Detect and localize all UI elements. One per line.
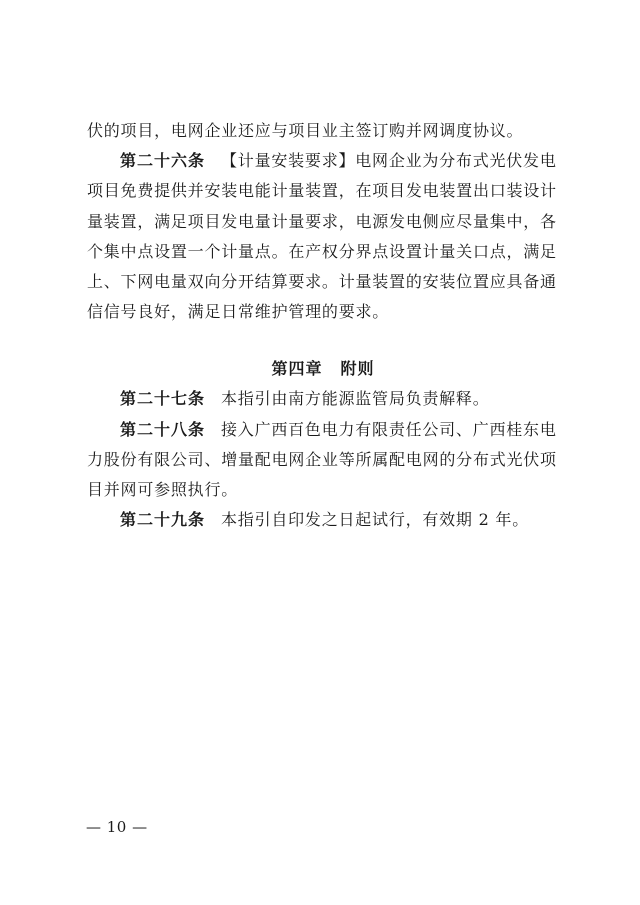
text-line: 个集中点设置一个计量点。在产权分界点设置计量关口点，满足 — [87, 237, 559, 267]
text-line: 项目免费提供并安装电能计量装置，在项目发电装置出口装设计 — [87, 176, 559, 206]
article-first-line: 第二十七条本指引由南方能源监管局负责解释。 — [87, 384, 559, 414]
text-line: 目并网可参照执行。 — [87, 475, 559, 505]
article-text: 本指引由南方能源监管局负责解释。 — [221, 389, 489, 408]
article-text: 本指引自印发之日起试行，有效期 2 年。 — [221, 510, 529, 529]
article-label: 第二十八条 — [120, 420, 205, 439]
text-line: 信信号良好，满足日常维护管理的要求。 — [87, 297, 559, 327]
text-line: 量装置，满足项目发电量计量要求，电源发电侧应尽量集中，各 — [87, 207, 559, 237]
chapter-title: 附则 — [341, 359, 375, 378]
chapter-number: 第四章 — [271, 359, 322, 378]
article-first-line: 第二十九条本指引自印发之日起试行，有效期 2 年。 — [87, 505, 559, 535]
article-28: 第二十八条接入广西百色电力有限责任公司、广西桂东电 力股份有限公司、增量配电网企… — [87, 415, 559, 506]
text-line: 伏的项目，电网企业还应与项目业主签订购并网调度协议。 — [87, 116, 559, 146]
article-label: 第二十六条 — [120, 151, 205, 170]
spacer — [87, 327, 559, 354]
article-label: 第二十七条 — [120, 389, 205, 408]
article-text: 【计量安装要求】电网企业为分布式光伏发电 — [221, 151, 557, 170]
article-label: 第二十九条 — [120, 510, 205, 529]
article-text: 接入广西百色电力有限责任公司、广西桂东电 — [221, 420, 557, 439]
chapter-heading: 第四章附则 — [87, 354, 559, 384]
article-27: 第二十七条本指引由南方能源监管局负责解释。 — [87, 384, 559, 414]
article-29: 第二十九条本指引自印发之日起试行，有效期 2 年。 — [87, 505, 559, 535]
article-first-line: 第二十八条接入广西百色电力有限责任公司、广西桂东电 — [87, 415, 559, 445]
document-page: 伏的项目，电网企业还应与项目业主签订购并网调度协议。 第二十六条【计量安装要求】… — [87, 116, 559, 535]
article-26: 第二十六条【计量安装要求】电网企业为分布式光伏发电 项目免费提供并安装电能计量装… — [87, 146, 559, 327]
page-number: — 10 — — [86, 818, 148, 836]
text-line: 力股份有限公司、增量配电网企业等所属配电网的分布式光伏项 — [87, 445, 559, 475]
text-line: 上、下网电量双向分开结算要求。计量装置的安装位置应具备通 — [87, 267, 559, 297]
article-first-line: 第二十六条【计量安装要求】电网企业为分布式光伏发电 — [87, 146, 559, 176]
